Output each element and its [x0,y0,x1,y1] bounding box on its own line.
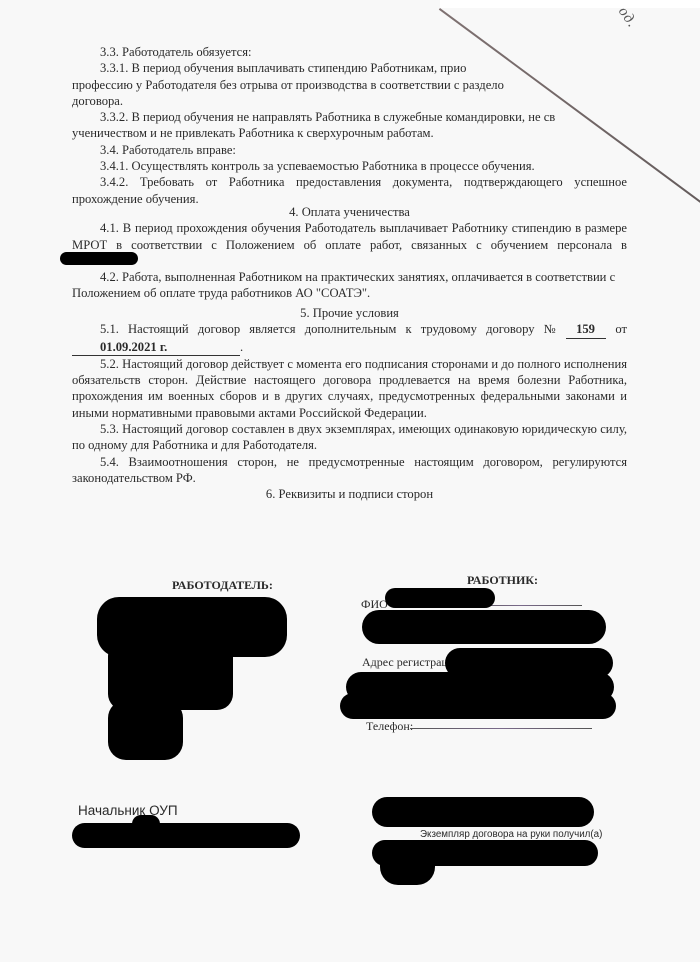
fio-redaction [362,610,606,644]
clause-3-3-1: 3.3.1. В период обучения выплачивать сти… [72,60,627,76]
handwritten-corner-note: од. [614,4,640,31]
contract-number: 159 [566,321,606,338]
section-4-title: 4. Оплата ученичества [72,204,627,220]
clause-5-4: 5.4. Взаимоотношения сторон, не предусмо… [72,454,627,487]
clause-5-1: 5.1. Настоящий договор является дополнит… [72,321,627,338]
contract-date: 01.09.2021 г. [72,339,240,356]
clause-4-1-cont: МРОТ в соответствии с Положением об опла… [72,237,627,253]
clause-3-3-1-cont: профессию у Работодателя без отрыва от п… [72,77,627,93]
clause-3-4-1: 3.4.1. Осуществлять контроль за успеваем… [72,158,627,174]
section-5: 5. Прочие условия 5.1. Настоящий договор… [72,305,627,503]
clause-4-1: 4.1. В период прохождения обучения Работ… [72,220,627,236]
copy-received-label: Экземпляр договора на руки получил(а) [420,829,602,840]
signature-mark [132,815,160,833]
phone-label: Телефон: [366,719,413,734]
employee-heading: РАБОТНИК: [467,573,538,588]
clause-5-3: 5.3. Настоящий договор составлен в двух … [72,421,627,454]
phone-line [410,728,592,729]
clause-5-1-date-line: 01.09.2021 г.. [72,339,627,356]
employee-signature-redaction [372,797,594,827]
clause-5-1-text: 5.1. Настоящий договор является дополнит… [100,321,556,338]
clause-3-3: 3.3. Работодатель обязуется: [72,44,627,60]
head-signature-redaction [72,823,300,848]
clause-5-2: 5.2. Настоящий договор действует с момен… [72,356,627,421]
address-redaction [340,693,616,719]
employee-receipt-redaction [380,845,435,885]
section-6-title: 6. Реквизиты и подписи сторон [72,486,627,502]
scanned-document-page: од. 3.3. Работодатель обязуется: 3.3.1. … [0,0,700,962]
clause-3-4-2: 3.4.2. Требовать от Работника предоставл… [72,174,627,190]
employer-heading: РАБОТОДАТЕЛЬ: [172,578,273,593]
fio-redaction [385,588,495,608]
address-label: Адрес регистрац [362,655,448,670]
head-title: Начальник ОУП [78,803,178,818]
clause-4-2-cont: Положением об оплате труда работников АО… [72,285,627,301]
scan-edge-strip [440,0,700,8]
clause-3-3-1-end: договора. [72,93,627,109]
clause-3-3-2-cont: ученичеством и не привлекать Работника к… [72,125,627,141]
employer-details-redaction [108,700,183,760]
section-5-title: 5. Прочие условия [72,305,627,321]
clause-4-1-redacted-line [72,253,627,269]
redaction-mark [60,252,138,265]
clause-4-2: 4.2. Работа, выполненная Работником на п… [72,269,627,285]
clause-3-3-2: 3.3.2. В период обучения не направлять Р… [72,109,627,125]
clause-3-4: 3.4. Работодатель вправе: [72,142,627,158]
section-3: 3.3. Работодатель обязуется: 3.3.1. В пе… [72,44,627,207]
section-4: 4. Оплата ученичества 4.1. В период прох… [72,204,627,301]
clause-5-1-from: от [615,321,627,338]
